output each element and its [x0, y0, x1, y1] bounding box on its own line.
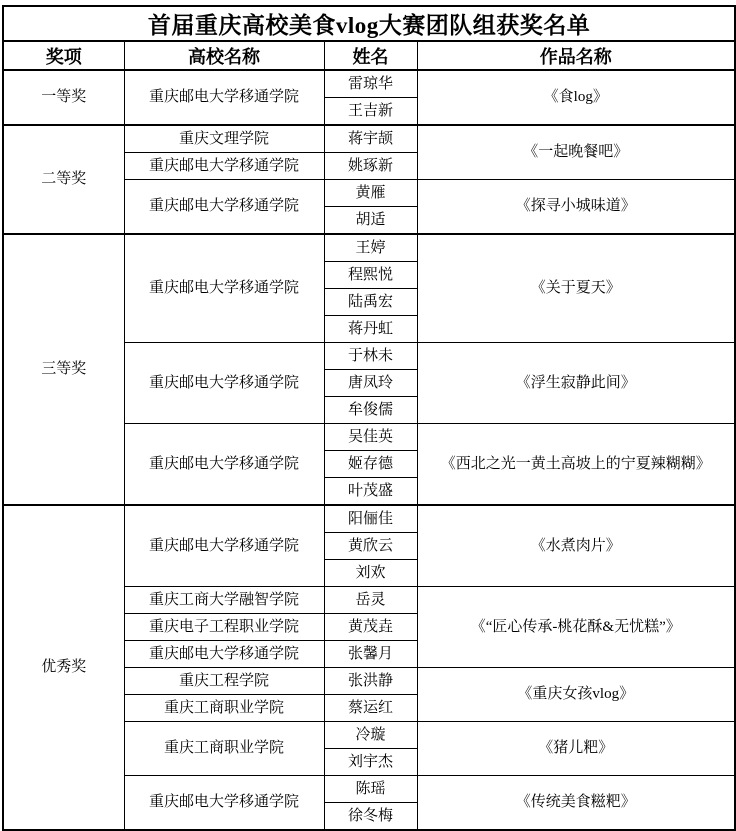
- header-school: 高校名称: [124, 41, 324, 70]
- work-cell: 《浮生寂静此间》: [417, 343, 735, 424]
- work-cell: 《猪儿粑》: [417, 722, 735, 776]
- name-cell: 陆禹宏: [324, 289, 417, 316]
- name-cell: 阳俪佳: [324, 505, 417, 533]
- name-cell: 蔡运红: [324, 695, 417, 722]
- name-cell: 黄雁: [324, 180, 417, 207]
- name-cell: 牟俊儒: [324, 397, 417, 424]
- name-cell: 冷璇: [324, 722, 417, 749]
- work-cell: 《食log》: [417, 70, 735, 125]
- work-cell: 《西北之光一黄土高坡上的宁夏辣糊糊》: [417, 424, 735, 506]
- school-cell: 重庆邮电大学移通学院: [124, 641, 324, 668]
- title-row: 首届重庆高校美食vlog大赛团队组获奖名单: [3, 6, 735, 41]
- school-cell: 重庆工商大学融智学院: [124, 587, 324, 614]
- name-cell: 程熙悦: [324, 262, 417, 289]
- award-cell: 三等奖: [3, 234, 124, 505]
- name-cell: 刘欢: [324, 560, 417, 587]
- page: 首届重庆高校美食vlog大赛团队组获奖名单 奖项 高校名称 姓名 作品名称 一等…: [0, 0, 736, 792]
- header-name: 姓名: [324, 41, 417, 70]
- school-cell: 重庆邮电大学移通学院: [124, 70, 324, 125]
- school-cell: 重庆文理学院: [124, 125, 324, 153]
- name-cell: 张馨月: [324, 641, 417, 668]
- name-cell: 王吉新: [324, 98, 417, 126]
- name-cell: 蒋丹虹: [324, 316, 417, 343]
- name-cell: 徐冬梅: [324, 803, 417, 831]
- name-cell: 于林未: [324, 343, 417, 370]
- work-cell: 《一起晚餐吧》: [417, 125, 735, 180]
- work-cell: 《关于夏天》: [417, 234, 735, 343]
- school-cell: 重庆工商职业学院: [124, 722, 324, 776]
- name-cell: 张洪静: [324, 668, 417, 695]
- name-cell: 叶茂盛: [324, 478, 417, 506]
- table-row: 优秀奖重庆邮电大学移通学院阳俪佳《水煮肉片》: [3, 505, 735, 533]
- header-award: 奖项: [3, 41, 124, 70]
- page-title: 首届重庆高校美食vlog大赛团队组获奖名单: [3, 6, 735, 41]
- name-cell: 唐凤玲: [324, 370, 417, 397]
- name-cell: 陈瑶: [324, 776, 417, 803]
- award-cell: 一等奖: [3, 70, 124, 125]
- school-cell: 重庆邮电大学移通学院: [124, 776, 324, 831]
- work-cell: 《重庆女孩vlog》: [417, 668, 735, 722]
- name-cell: 黄欣云: [324, 533, 417, 560]
- name-cell: 雷琼华: [324, 70, 417, 98]
- name-cell: 王婷: [324, 234, 417, 262]
- name-cell: 黄茂垚: [324, 614, 417, 641]
- header-work: 作品名称: [417, 41, 735, 70]
- school-cell: 重庆电子工程职业学院: [124, 614, 324, 641]
- name-cell: 岳灵: [324, 587, 417, 614]
- school-cell: 重庆邮电大学移通学院: [124, 153, 324, 180]
- school-cell: 重庆邮电大学移通学院: [124, 234, 324, 343]
- school-cell: 重庆工商职业学院: [124, 695, 324, 722]
- name-cell: 蒋宇颉: [324, 125, 417, 153]
- name-cell: 胡适: [324, 207, 417, 235]
- work-cell: 《探寻小城味道》: [417, 180, 735, 235]
- table-row: 一等奖重庆邮电大学移通学院雷琼华《食log》: [3, 70, 735, 98]
- awards-table: 首届重庆高校美食vlog大赛团队组获奖名单 奖项 高校名称 姓名 作品名称 一等…: [2, 5, 736, 831]
- school-cell: 重庆邮电大学移通学院: [124, 343, 324, 424]
- award-cell: 二等奖: [3, 125, 124, 234]
- name-cell: 姚琢新: [324, 153, 417, 180]
- awards-table-head: 首届重庆高校美食vlog大赛团队组获奖名单 奖项 高校名称 姓名 作品名称: [3, 6, 735, 70]
- name-cell: 吴佳英: [324, 424, 417, 451]
- school-cell: 重庆工程学院: [124, 668, 324, 695]
- name-cell: 刘宇杰: [324, 749, 417, 776]
- header-row: 奖项 高校名称 姓名 作品名称: [3, 41, 735, 70]
- name-cell: 姬存德: [324, 451, 417, 478]
- table-row: 三等奖重庆邮电大学移通学院王婷《关于夏天》: [3, 234, 735, 262]
- work-cell: 《“匠心传承-桃花酥&无忧糕”》: [417, 587, 735, 668]
- work-cell: 《水煮肉片》: [417, 505, 735, 587]
- work-cell: 《传统美食糍粑》: [417, 776, 735, 831]
- awards-table-body: 一等奖重庆邮电大学移通学院雷琼华《食log》王吉新二等奖重庆文理学院蒋宇颉《一起…: [3, 70, 735, 830]
- school-cell: 重庆邮电大学移通学院: [124, 180, 324, 235]
- school-cell: 重庆邮电大学移通学院: [124, 505, 324, 587]
- school-cell: 重庆邮电大学移通学院: [124, 424, 324, 506]
- award-cell: 优秀奖: [3, 505, 124, 830]
- table-row: 二等奖重庆文理学院蒋宇颉《一起晚餐吧》: [3, 125, 735, 153]
